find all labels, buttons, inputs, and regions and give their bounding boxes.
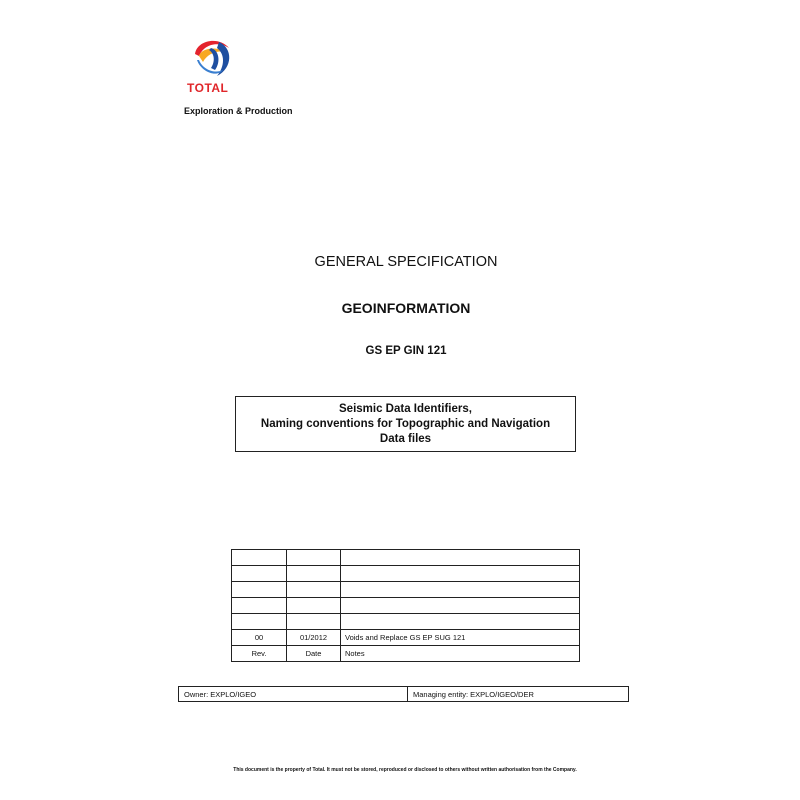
- date-cell: 01/2012: [287, 630, 341, 646]
- date-cell: [287, 614, 341, 630]
- date-cell: Date: [287, 646, 341, 662]
- notes-cell: [341, 582, 580, 598]
- document-title-box: Seismic Data Identifiers, Naming convent…: [235, 396, 576, 452]
- revision-row: [232, 614, 580, 630]
- rev-cell: [232, 614, 287, 630]
- title-line: Naming conventions for Topographic and N…: [261, 417, 550, 432]
- confidentiality-notice: This document is the property of Total. …: [0, 767, 800, 773]
- document-reference: GS EP GIN 121: [0, 345, 800, 357]
- document-type: GENERAL SPECIFICATION: [0, 254, 800, 270]
- revision-row: 0001/2012Voids and Replace GS EP SUG 121: [232, 630, 580, 646]
- revision-table: 0001/2012Voids and Replace GS EP SUG 121…: [231, 549, 580, 662]
- rev-cell: 00: [232, 630, 287, 646]
- revision-row: [232, 582, 580, 598]
- ownership-row: Owner: EXPLO/IGEO Managing entity: EXPLO…: [179, 687, 629, 702]
- date-cell: [287, 550, 341, 566]
- managing-entity-cell: Managing entity: EXPLO/IGEO/DER: [408, 687, 629, 702]
- notes-cell: Notes: [341, 646, 580, 662]
- title-line: Seismic Data Identifiers,: [339, 402, 472, 417]
- owner-cell: Owner: EXPLO/IGEO: [179, 687, 408, 702]
- revision-row: [232, 550, 580, 566]
- notes-cell: [341, 566, 580, 582]
- document-domain: GEOINFORMATION: [0, 300, 800, 316]
- date-cell: [287, 582, 341, 598]
- rev-cell: [232, 550, 287, 566]
- rev-cell: Rev.: [232, 646, 287, 662]
- division-label: Exploration & Production: [184, 106, 293, 116]
- notes-cell: Voids and Replace GS EP SUG 121: [341, 630, 580, 646]
- rev-cell: [232, 582, 287, 598]
- date-cell: [287, 566, 341, 582]
- revision-row: [232, 566, 580, 582]
- notes-cell: [341, 598, 580, 614]
- revision-row: [232, 598, 580, 614]
- revision-header-row: Rev.DateNotes: [232, 646, 580, 662]
- date-cell: [287, 598, 341, 614]
- title-line: Data files: [380, 432, 431, 447]
- notes-cell: [341, 614, 580, 630]
- brand-name: TOTAL: [187, 81, 228, 95]
- total-logo-icon: [189, 34, 235, 80]
- ownership-table: Owner: EXPLO/IGEO Managing entity: EXPLO…: [178, 686, 629, 702]
- rev-cell: [232, 566, 287, 582]
- notes-cell: [341, 550, 580, 566]
- rev-cell: [232, 598, 287, 614]
